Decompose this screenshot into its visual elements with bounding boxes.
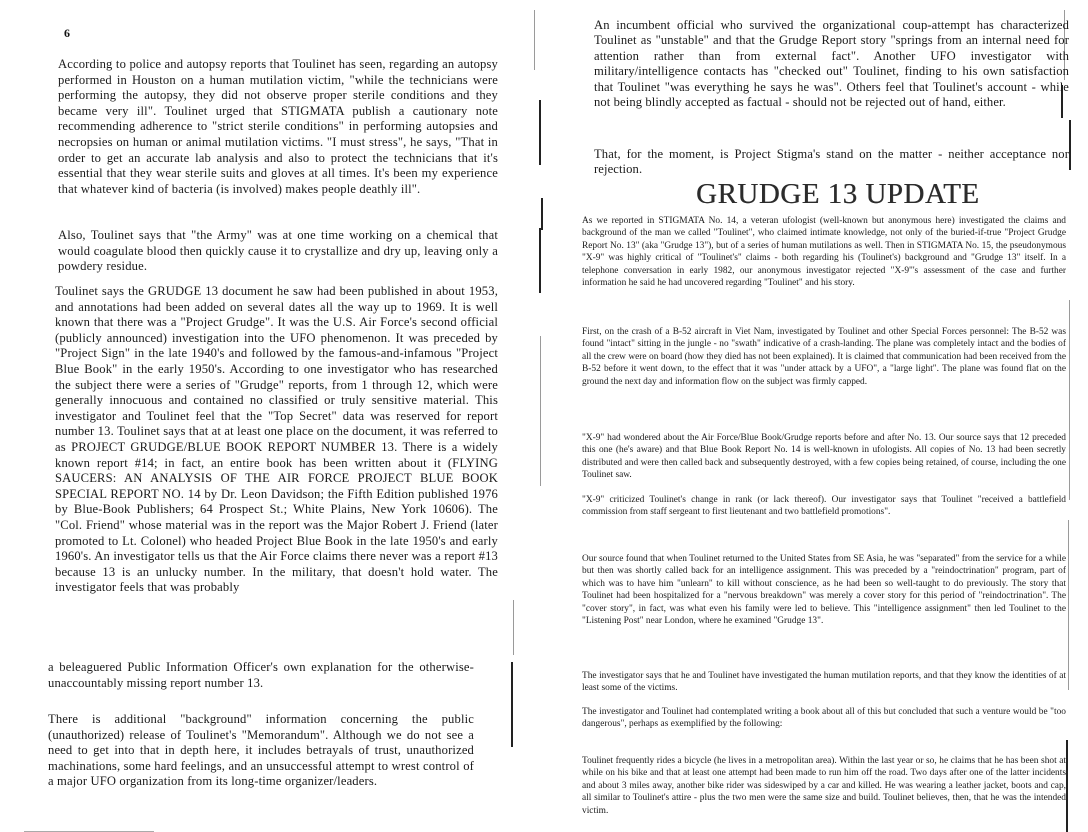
paragraph-b52-crash: First, on the crash of a B-52 aircraft i… bbox=[582, 326, 1066, 388]
paragraph-rank-change: "X-9" criticized Toulinet's change in ra… bbox=[582, 494, 1066, 519]
paragraph-reindoctrination: Our source found that when Toulinet retu… bbox=[582, 553, 1066, 627]
paragraph-background-information: There is additional "background" informa… bbox=[48, 712, 474, 790]
scan-edge-mark bbox=[540, 336, 541, 486]
paragraph-grudge-13-document: Toulinet says the GRUDGE 13 document he … bbox=[55, 284, 498, 596]
scan-edge-mark bbox=[539, 100, 541, 165]
paragraph-stigmata-recap: As we reported in STIGMATA No. 14, a vet… bbox=[582, 215, 1066, 289]
left-page: 6 According to police and autopsy report… bbox=[0, 0, 540, 832]
right-page: An incumbent official who survived the o… bbox=[560, 0, 1088, 832]
scan-edge-mark bbox=[534, 10, 535, 70]
paragraph-army-chemical: Also, Toulinet says that "the Army" was … bbox=[58, 228, 498, 275]
paragraph-book-plans: The investigator and Toulinet had contem… bbox=[582, 706, 1066, 731]
paragraph-autopsy-report: According to police and autopsy reports … bbox=[58, 57, 498, 197]
paragraph-missing-report: a beleaguered Public Information Officer… bbox=[48, 660, 474, 691]
scan-edge-mark bbox=[541, 198, 543, 230]
scan-edge-mark bbox=[539, 228, 541, 293]
page-number: 6 bbox=[64, 26, 70, 41]
paragraph-mutilation-investigation: The investigator says that he and Toulin… bbox=[582, 670, 1066, 695]
scan-edge-mark bbox=[511, 662, 513, 747]
paragraph-bicycle-incident: Toulinet frequently rides a bicycle (he … bbox=[582, 755, 1066, 817]
paragraph-official-characterization: An incumbent official who survived the o… bbox=[594, 18, 1069, 110]
scan-edge-mark bbox=[513, 600, 514, 655]
paragraph-report-sequence: "X-9" had wondered about the Air Force/B… bbox=[582, 432, 1066, 482]
paragraph-project-stigma-stand: That, for the moment, is Project Stigma'… bbox=[594, 147, 1069, 178]
article-headline: GRUDGE 13 UPDATE bbox=[696, 178, 980, 211]
